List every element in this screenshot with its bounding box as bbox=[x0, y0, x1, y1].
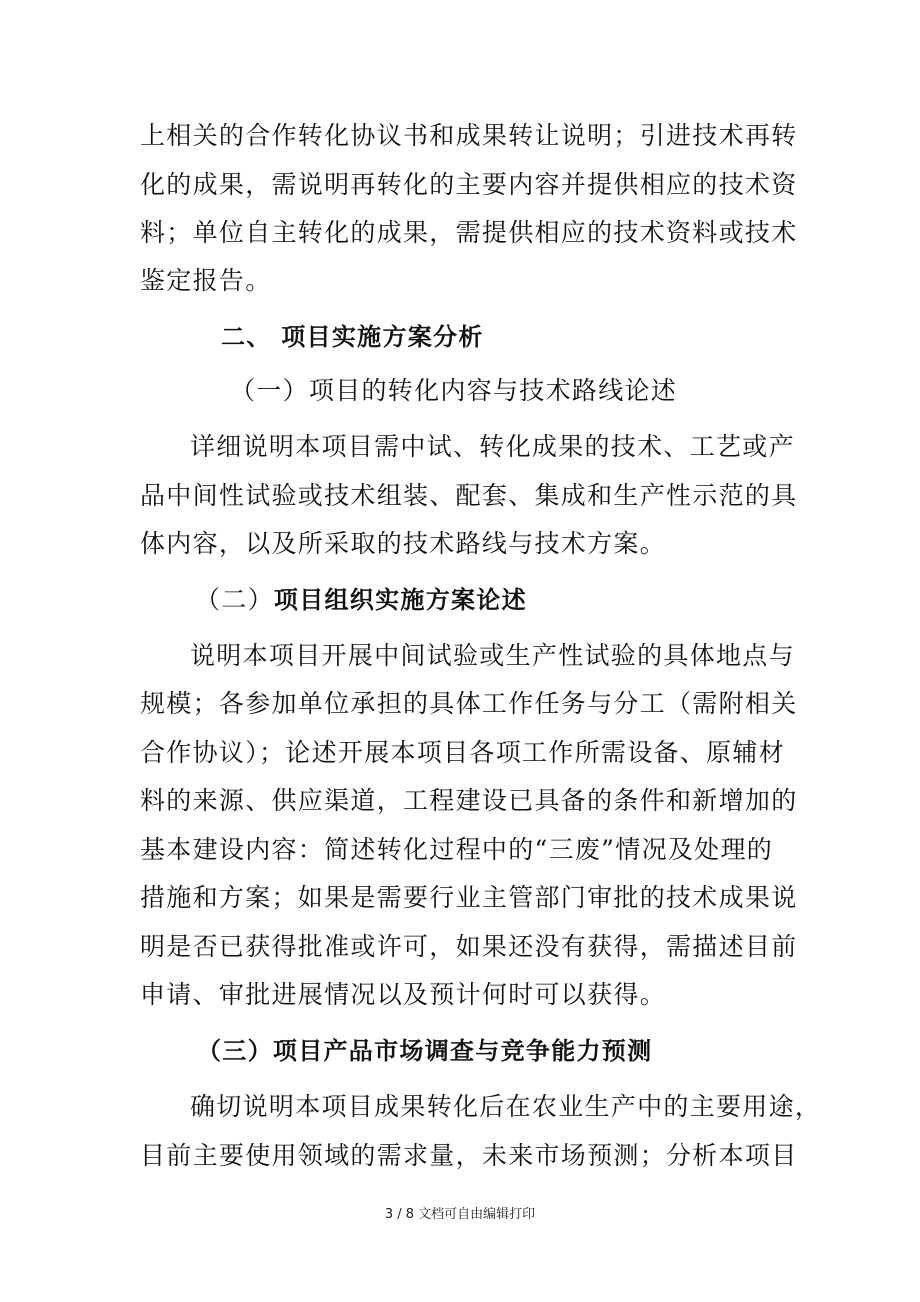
section-title: 二、 项目实施方案分析 bbox=[221, 322, 484, 352]
subsection-3-heading: 项目产品市场调查与竞争能力预测 bbox=[273, 1037, 653, 1065]
paragraph-line: 鉴定报告。 bbox=[140, 266, 272, 296]
paragraph-line: 品中间性试验或技术组装、配套、集成和生产性示范的具 bbox=[140, 481, 798, 511]
paragraph-line: 基本建设内容：简述转化过程中的“三废”情况及处理的 bbox=[140, 835, 773, 865]
subsection-2-prefix: （二） bbox=[195, 585, 274, 614]
paragraph-line: 措施和方案；如果是需要行业主管部门审批的技术成果说 bbox=[140, 883, 798, 913]
page-footer: 3 / 8 文档可自由编辑打印 bbox=[0, 1203, 920, 1222]
paragraph-line: 详细说明本项目需中试、转化成果的技术、工艺或产 bbox=[190, 432, 795, 462]
paragraph-line: 确切说明本项目成果转化后在农业生产中的主要用途， bbox=[190, 1092, 821, 1122]
paragraph-line: 规模；各参加单位承担的具体工作任务与分工（需附相关 bbox=[140, 689, 798, 719]
subsection-3-prefix: （三） bbox=[197, 1037, 273, 1065]
paragraph-line: 体内容，以及所采取的技术路线与技术方案。 bbox=[140, 529, 666, 559]
paragraph-line: 申请、审批进展情况以及预计何时可以获得。 bbox=[140, 980, 666, 1010]
paragraph-line: 明是否已获得批准或许可，如果还没有获得，需描述目前 bbox=[140, 932, 798, 962]
subsection-2-heading: 项目组织实施方案论述 bbox=[274, 586, 527, 614]
paragraph-line: 化的成果，需说明再转化的主要内容并提供相应的技术资 bbox=[140, 170, 798, 200]
paragraph-line: 料；单位自主转化的成果，需提供相应的技术资料或技术 bbox=[140, 218, 798, 248]
paragraph-line: 上相关的合作转化协议书和成果转让说明；引进技术再转 bbox=[140, 121, 798, 151]
subsection-3-title: （三）项目产品市场调查与竞争能力预测 bbox=[197, 1036, 652, 1066]
subsection-2-title: （二）项目组织实施方案论述 bbox=[195, 585, 527, 615]
paragraph-line: 合作协议）；论述开展本项目各项工作所需设备、原辅材 bbox=[140, 738, 785, 768]
paragraph-line: 目前主要使用领域的需求量，未来市场预测；分析本项目 bbox=[140, 1141, 798, 1171]
paragraph-line: 说明本项目开展中间试验或生产性试验的具体地点与 bbox=[190, 641, 795, 671]
subsection-1-title: （一）项目的转化内容与技术路线论述 bbox=[230, 376, 677, 406]
paragraph-line: 料的来源、供应渠道，工程建设已具备的条件和新增加的 bbox=[140, 786, 798, 816]
